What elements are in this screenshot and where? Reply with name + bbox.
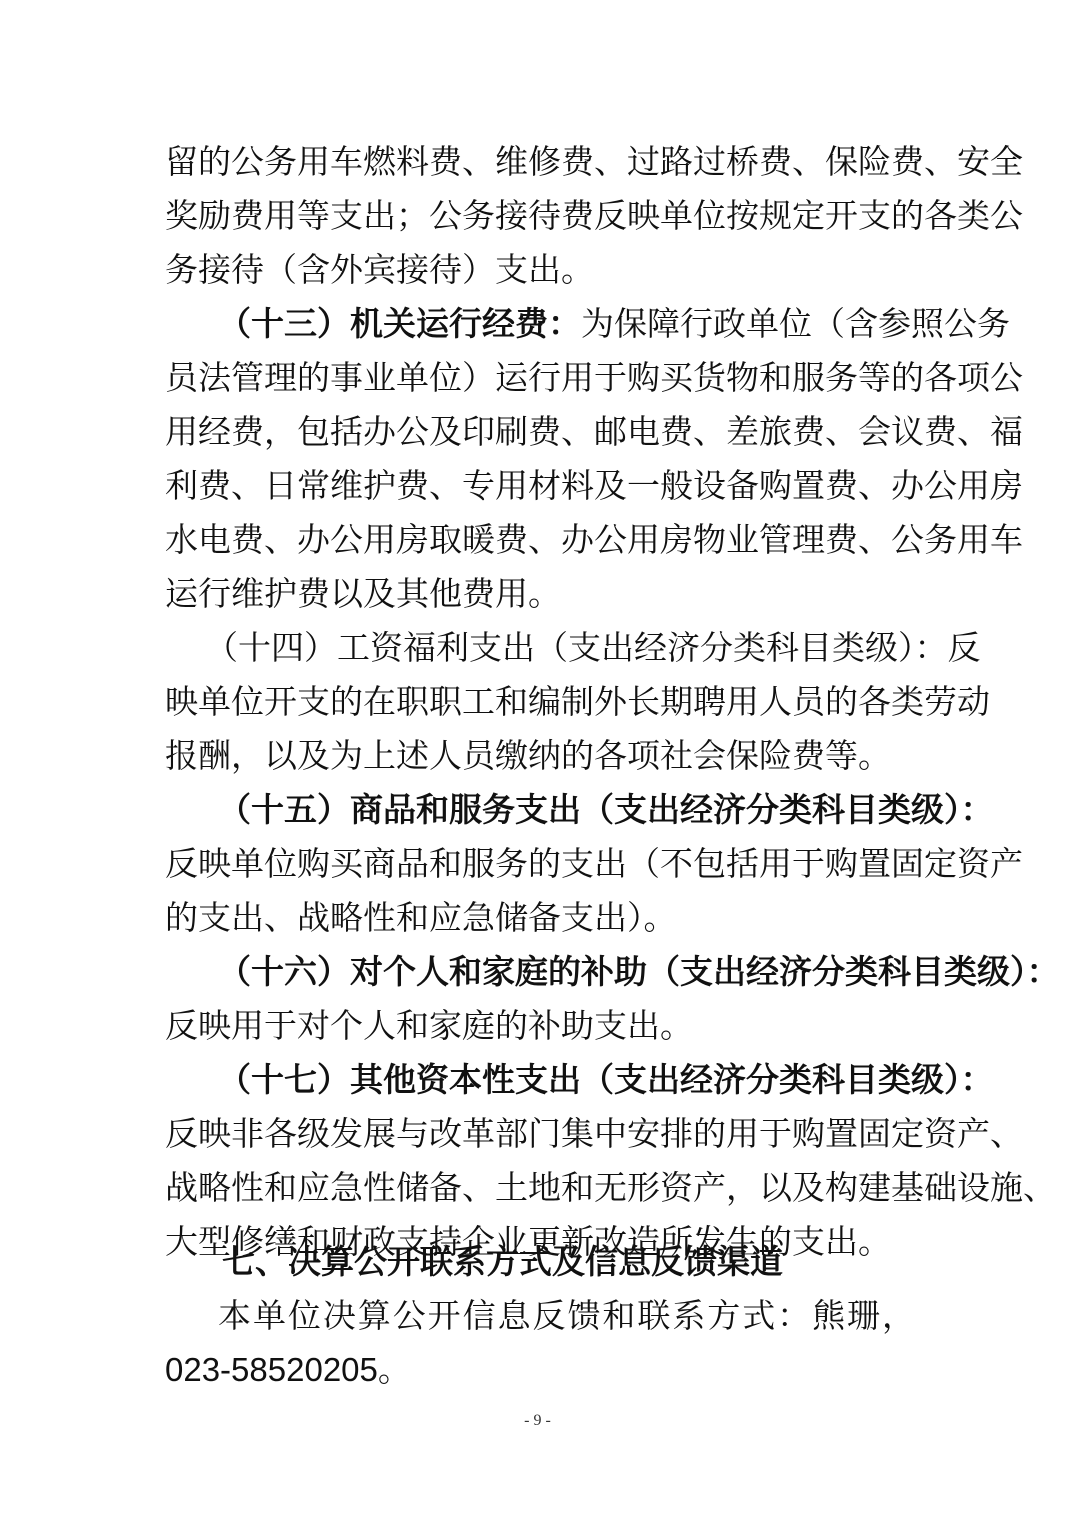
paragraph-15-first-line: （十五）商品和服务支出（支出经济分类科目类级）： — [218, 790, 915, 830]
paragraph-line: 运行维护费以及其他费用。 — [165, 574, 915, 614]
paragraph-line: 反映非各级发展与改革部门集中安排的用于购置固定资产、 — [165, 1114, 915, 1154]
paragraph-line: 映单位开支的在职职工和编制外长期聘用人员的各类劳动 — [165, 682, 915, 722]
paragraph-line: 员法管理的事业单位）运行用于购买货物和服务等的各项公 — [165, 358, 915, 398]
paragraph-label: （十五）商品和服务支出（支出经济分类科目类级）： — [218, 790, 994, 829]
contact-line: 本单位决算公开信息反馈和联系方式：熊珊， — [218, 1296, 915, 1336]
paragraph-13-first-line: （十三）机关运行经费：为保障行政单位（含参照公务 — [218, 304, 915, 344]
paragraph-14-first-line: （十四）工资福利支出（支出经济分类科目类级）：反 — [205, 628, 915, 668]
paragraph-line: 报酬，以及为上述人员缴纳的各项社会保险费等。 — [165, 736, 915, 776]
paragraph-line: 用经费，包括办公及印刷费、邮电费、差旅费、会议费、福 — [165, 412, 915, 452]
paragraph-line: 务接待（含外宾接待）支出。 — [165, 250, 915, 290]
paragraph-label: （十七）其他资本性支出（支出经济分类科目类级）： — [218, 1060, 994, 1099]
paragraph-line: 利费、日常维护费、专用材料及一般设备购置费、办公用房 — [165, 466, 915, 506]
paragraph-17-first-line: （十七）其他资本性支出（支出经济分类科目类级）： — [218, 1060, 915, 1100]
section-heading: 七、决算公开联系方式及信息反馈渠道 — [222, 1242, 783, 1282]
paragraph-line: 反映单位购买商品和服务的支出（不包括用于购置固定资产 — [165, 844, 915, 884]
contact-phone: 023-58520205。 — [165, 1350, 915, 1390]
paragraph-line: 留的公务用车燃料费、维修费、过路过桥费、保险费、安全 — [165, 142, 915, 182]
paragraph-label: （十三）机关运行经费： — [218, 304, 581, 343]
paragraph-label: （十六）对个人和家庭的补助（支出经济分类科目类级）： — [218, 952, 1060, 991]
paragraph-label: （十四）工资福利支出（支出经济分类科目类级）： — [205, 628, 948, 667]
paragraph-line: 反映用于对个人和家庭的补助支出。 — [165, 1006, 915, 1046]
paragraph-text: 反 — [948, 628, 981, 667]
paragraph-line: 奖励费用等支出；公务接待费反映单位按规定开支的各类公 — [165, 196, 915, 236]
paragraph-line: 战略性和应急性储备、土地和无形资产，以及构建基础设施、 — [165, 1168, 915, 1208]
page-number: - 9 - — [0, 1412, 1075, 1430]
paragraph-line: 水电费、办公用房取暖费、办公用房物业管理费、公务用车 — [165, 520, 915, 560]
paragraph-16-first-line: （十六）对个人和家庭的补助（支出经济分类科目类级）： — [218, 952, 915, 992]
document-page: 留的公务用车燃料费、维修费、过路过桥费、保险费、安全 奖励费用等支出；公务接待费… — [0, 0, 1075, 1520]
paragraph-line: 的支出、战略性和应急储备支出）。 — [165, 898, 915, 938]
paragraph-text: 为保障行政单位（含参照公务 — [581, 304, 1010, 343]
